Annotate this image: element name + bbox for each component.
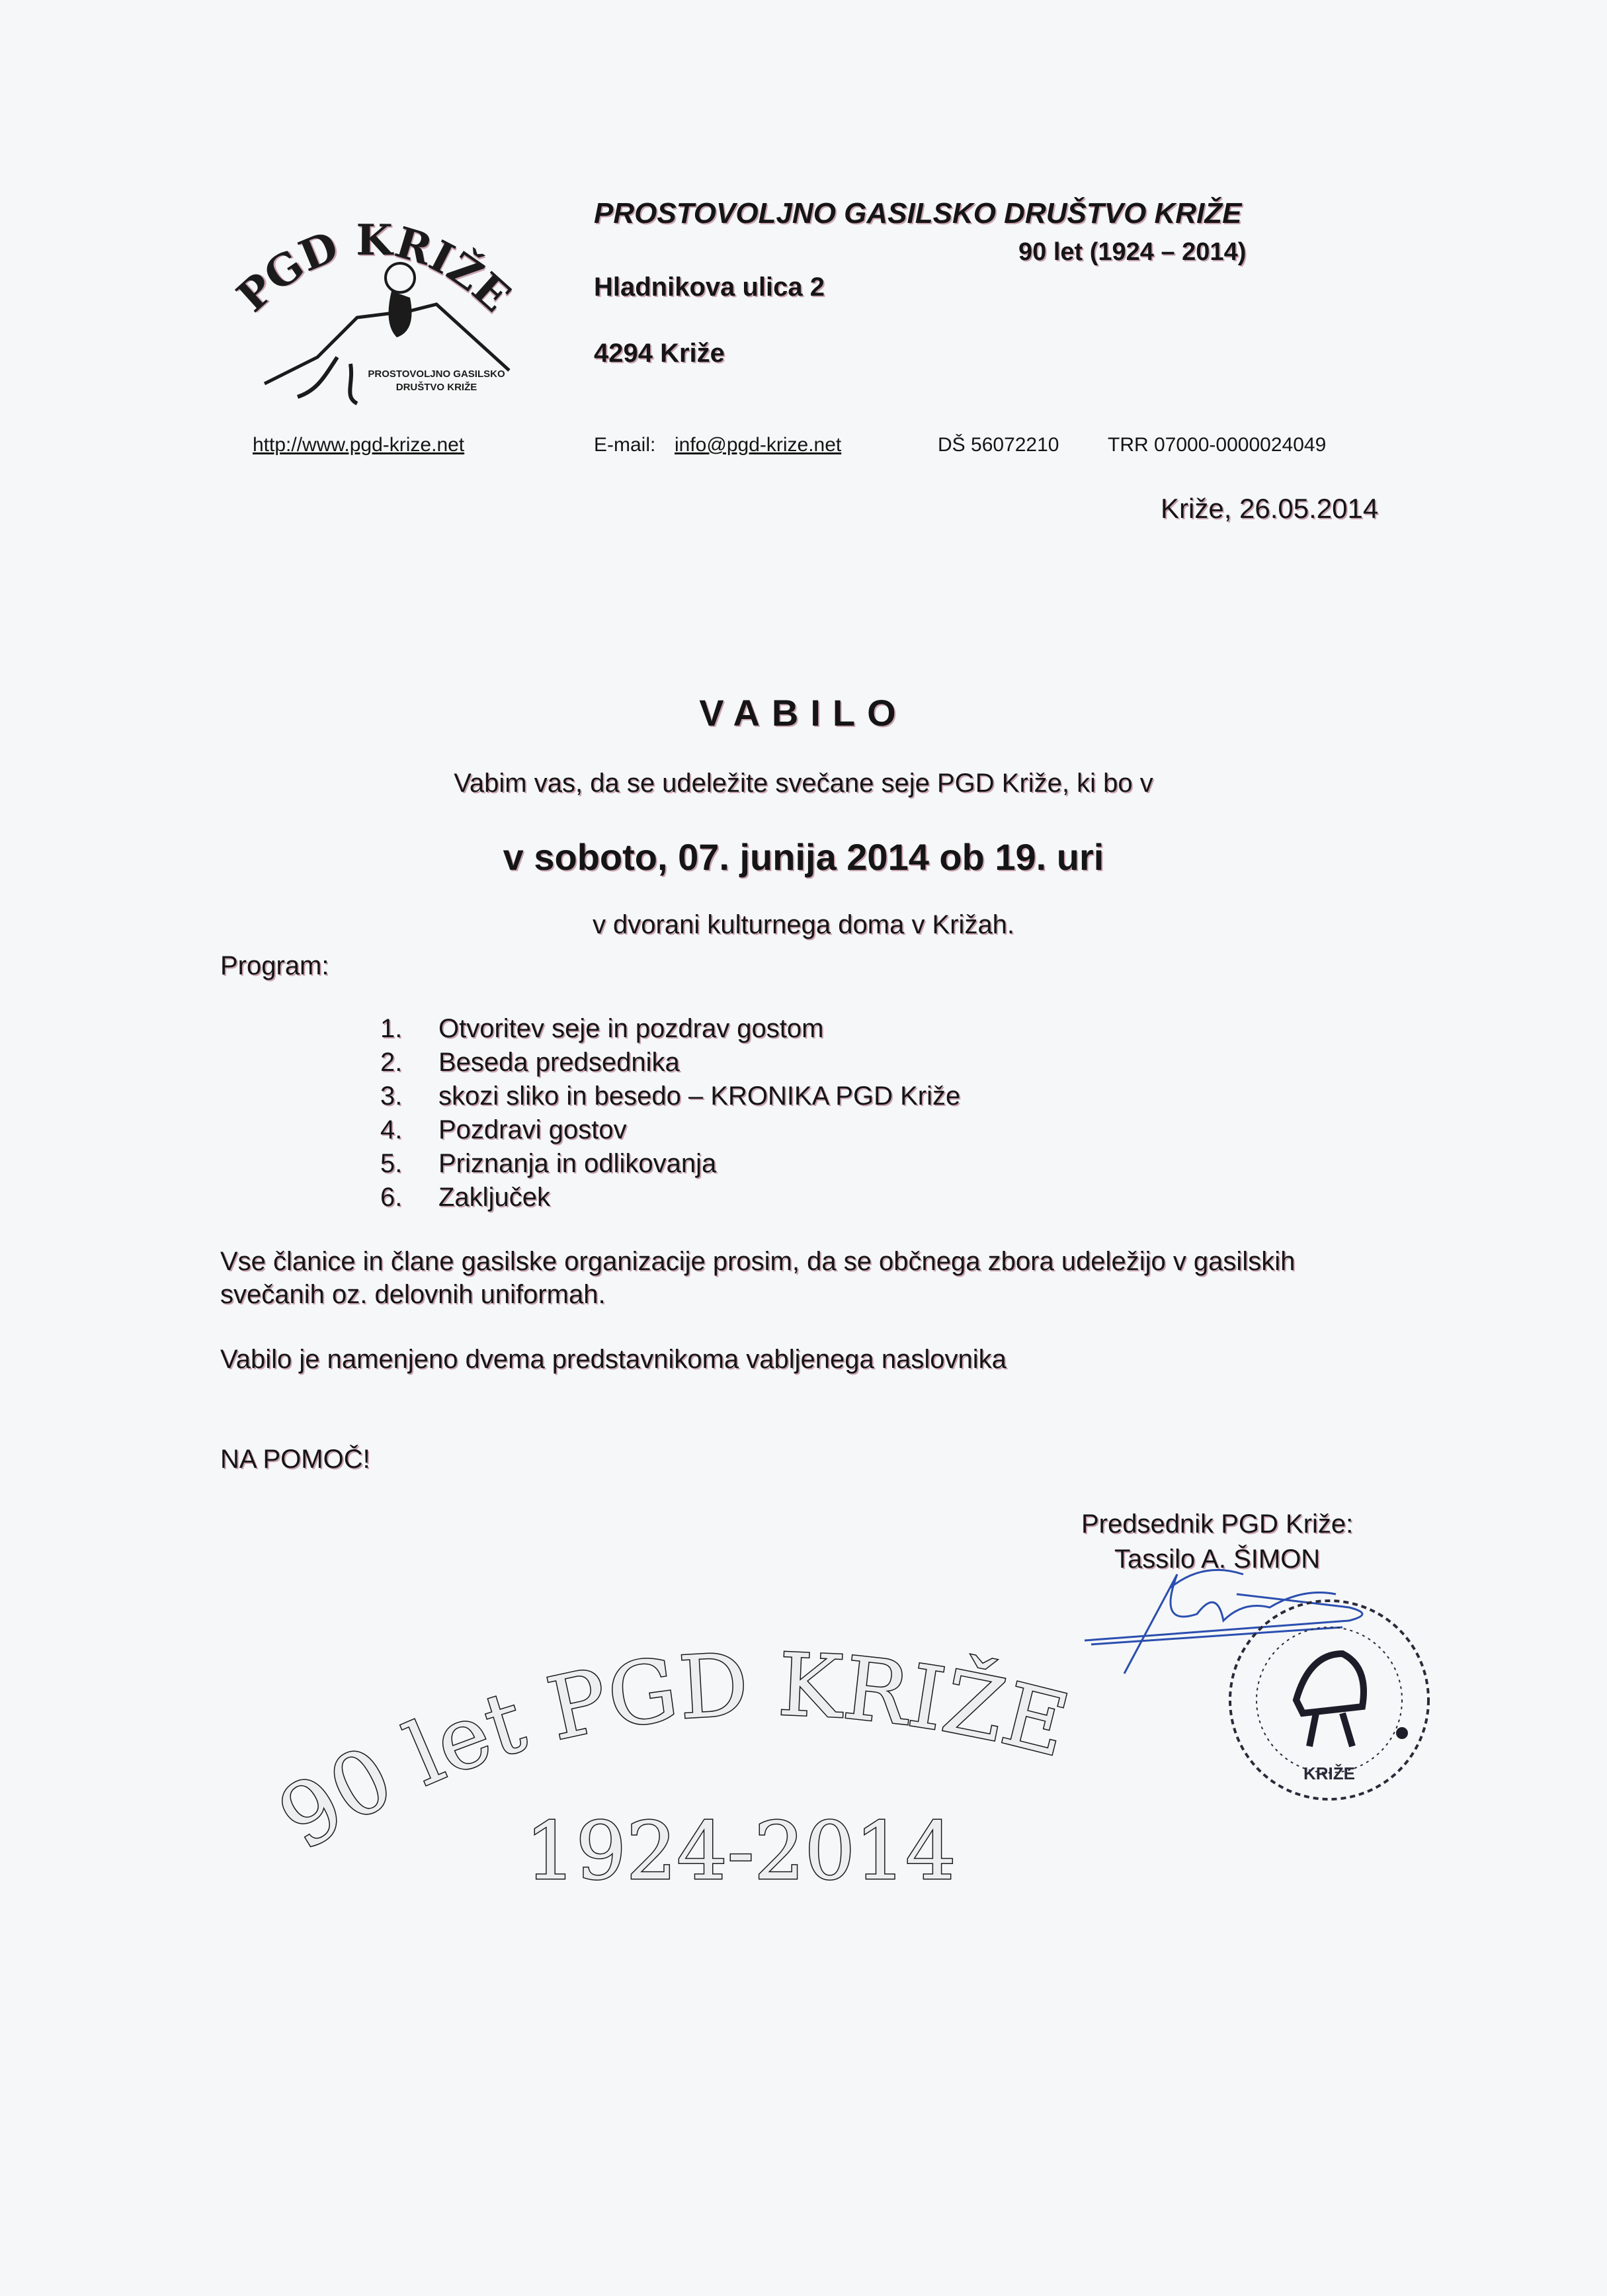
program-item: 1.Otvoritev seje in pozdrav gostom xyxy=(380,1012,960,1046)
program-item-number: 1. xyxy=(380,1012,438,1046)
program-item: 4.Pozdravi gostov xyxy=(380,1113,960,1147)
program-item-number: 2. xyxy=(380,1046,438,1080)
program-item-text: Pozdravi gostov xyxy=(438,1115,627,1144)
program-item-number: 4. xyxy=(380,1113,438,1147)
program-item-text: Zaključek xyxy=(438,1183,550,1212)
svg-text:1924-2014: 1924-2014 xyxy=(525,1806,956,1898)
program-item-number: 3. xyxy=(380,1080,438,1113)
program-label: Program: xyxy=(220,951,329,981)
place-and-date: Križe, 26.05.2014 xyxy=(1161,493,1378,525)
program-item-text: skozi sliko in besedo – KRONIKA PGD Križ… xyxy=(438,1082,960,1111)
organization-name: PROSTOVOLJNO GASILSKO DRUŠTVO KRIŽE xyxy=(594,197,1242,230)
svg-text:DRUŠTVO KRIŽE: DRUŠTVO KRIŽE xyxy=(396,381,477,393)
program-item: 3.skozi sliko in besedo – KRONIKA PGD Kr… xyxy=(380,1080,960,1113)
anniversary-banner: 90 let PGD KRIŽE 1924-2014 xyxy=(278,1614,1323,1958)
website-link[interactable]: http://www.pgd-krize.net xyxy=(253,434,464,456)
city-address: 4294 Križe xyxy=(594,339,725,368)
email-label: E-mail: xyxy=(594,434,655,456)
email-link[interactable]: info@pgd-krize.net xyxy=(675,434,841,456)
program-item-text: Otvoritev seje in pozdrav gostom xyxy=(438,1014,823,1043)
program-item: 5.Priznanja in odlikovanja xyxy=(380,1147,960,1181)
bank-account: TRR 07000-0000024049 xyxy=(1108,434,1326,456)
svg-text:PROSTOVOLJNO GASILSKO: PROSTOVOLJNO GASILSKO xyxy=(368,368,505,380)
event-location: v dvorani kulturnega doma v Križah. xyxy=(0,910,1607,940)
program-item-number: 6. xyxy=(380,1181,438,1214)
street-address: Hladnikova ulica 2 xyxy=(594,273,825,302)
program-list: 1.Otvoritev seje in pozdrav gostom 2.Bes… xyxy=(380,1012,960,1214)
program-item: 2.Beseda predsednika xyxy=(380,1046,960,1080)
program-item-number: 5. xyxy=(380,1147,438,1181)
uniform-note: Vse članice in člane gasilske organizaci… xyxy=(220,1245,1344,1311)
tax-number: DŠ 56072210 xyxy=(938,434,1059,456)
invitation-line: Vabim vas, da se udeležite svečane seje … xyxy=(0,769,1607,798)
program-item-text: Beseda predsednika xyxy=(438,1048,680,1077)
program-item-text: Priznanja in odlikovanja xyxy=(438,1149,716,1178)
svg-text:PGD KRIŽE: PGD KRIŽE xyxy=(227,216,519,322)
closing-salutation: NA POMOČ! xyxy=(220,1445,370,1474)
organization-logo: PGD KRIŽE PROSTOVOLJNO GASILSKO DRUŠTVO … xyxy=(218,198,529,410)
invitation-note: Vabilo je namenjeno dvema predstavnikoma… xyxy=(220,1345,1007,1375)
anniversary-label: 90 let (1924 – 2014) xyxy=(1018,238,1246,267)
document-title: VABILO xyxy=(0,691,1607,734)
signatory-role: Predsednik PGD Križe: xyxy=(1081,1509,1353,1539)
program-item: 6.Zaključek xyxy=(380,1181,960,1214)
event-datetime: v soboto, 07. junija 2014 ob 19. uri xyxy=(0,835,1607,878)
